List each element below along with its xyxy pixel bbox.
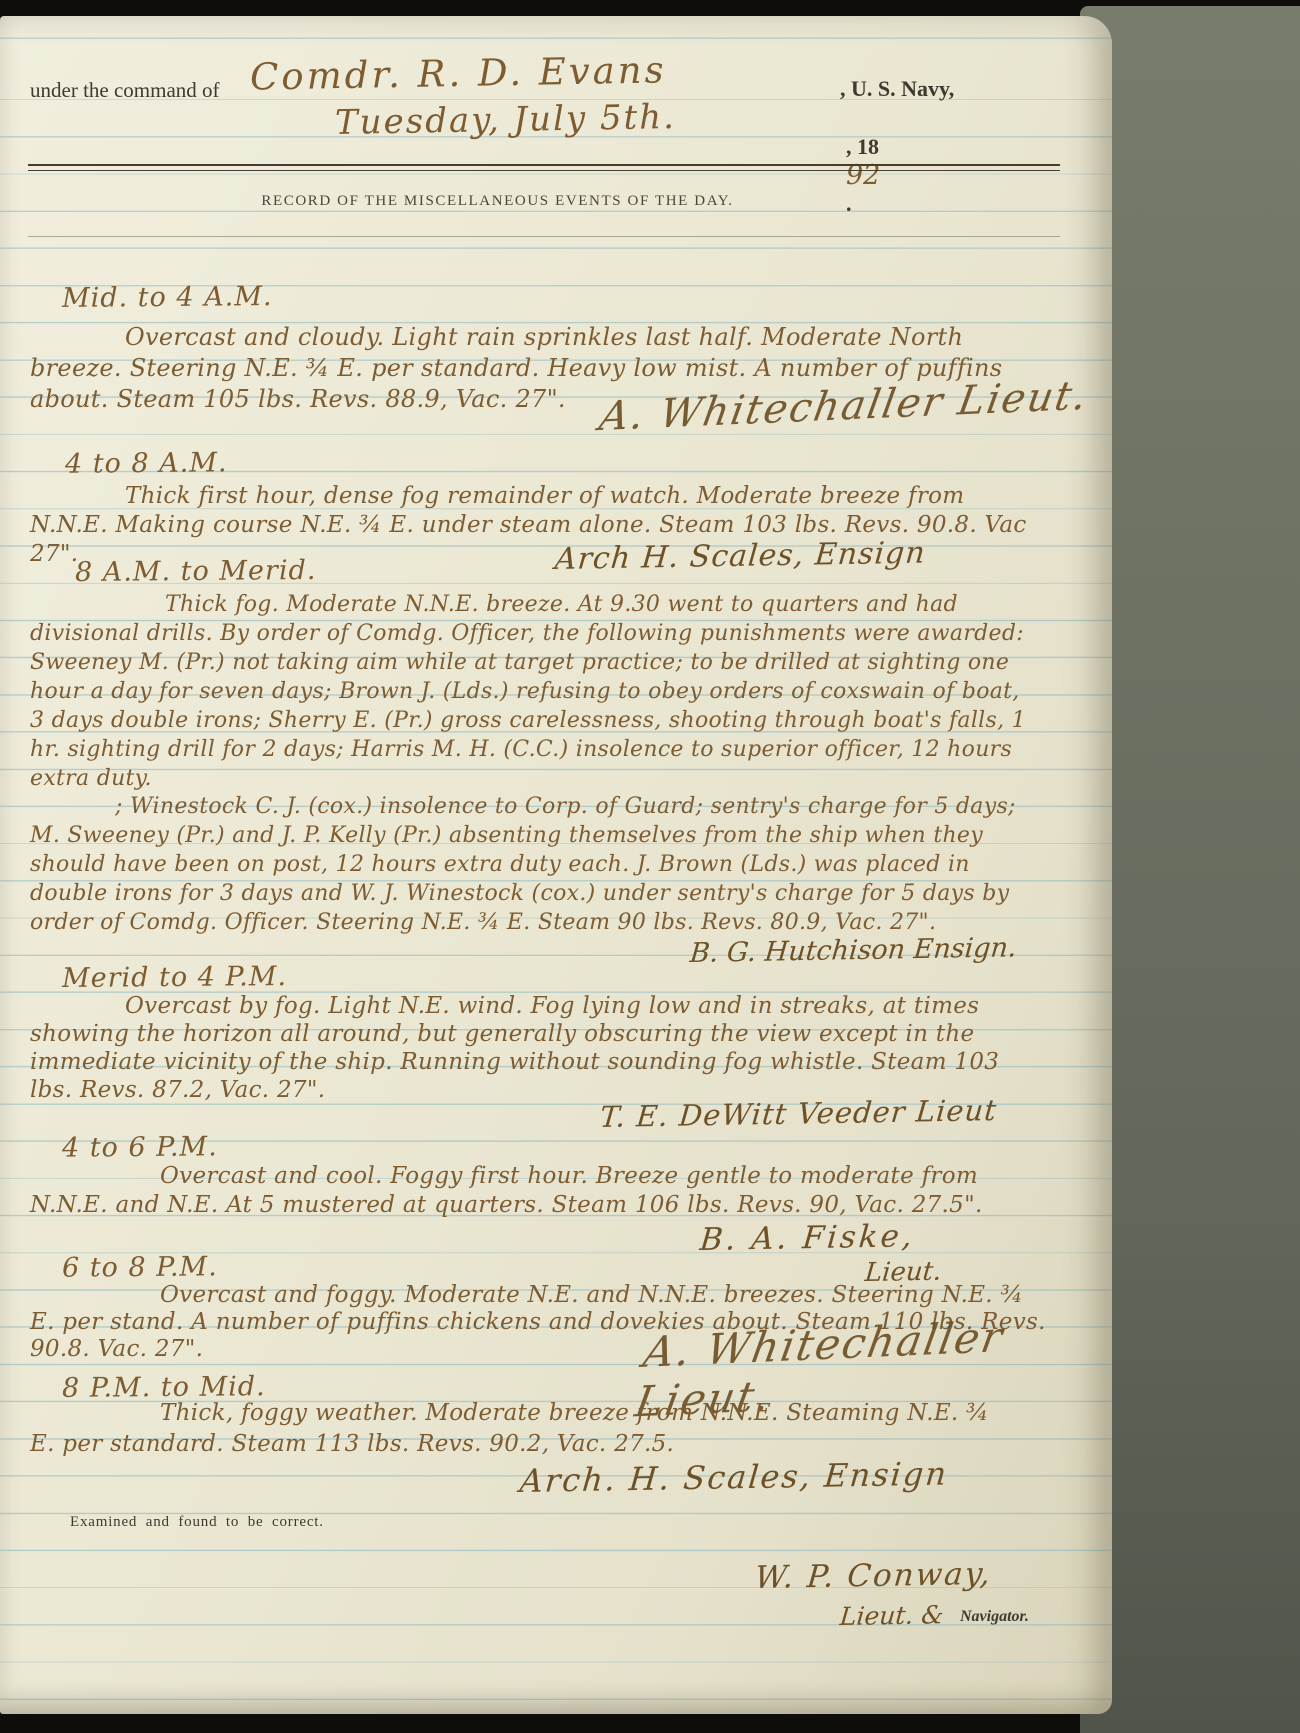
watch-text: Thick, foggy weather. Moderate breeze fr… [30,1398,1020,1460]
command-label: under the command of [30,78,220,103]
date-handwritten: Tuesday, July 5th. [335,97,677,143]
navy-label: , U. S. Navy, [840,76,954,102]
watch-text: Overcast and cool. Foggy first hour. Bre… [30,1162,1045,1220]
watch-label: 8 A.M. to Merid. [75,555,317,588]
logbook-photo: under the command of Comdr. R. D. Evans … [0,0,1300,1733]
year-line: , 18 92 . [822,116,880,235]
watch-text: Overcast by fog. Light N.E. wind. Fog ly… [30,992,1030,1104]
navigator-label: Navigator. [960,1608,1029,1626]
officer-signature: B. G. Hutchison Ensign. [689,932,1018,969]
section-title: RECORD OF THE MISCELLANEOUS EVENTS OF TH… [30,193,965,210]
year-prefix: , 18 [846,134,879,159]
watch-label: Merid to 4 P.M. [62,961,287,994]
book-backing [1080,6,1300,1733]
watch-label: Mid. to 4 A.M. [62,281,273,314]
logbook-page: under the command of Comdr. R. D. Evans … [0,16,1112,1714]
watch-text-continued: ; Winestock C. J. (cox.) insolence to Co… [30,792,1030,937]
officer-signature: B. A. Fiske, [698,1218,916,1258]
navigator-signature: W. P. Conway, [753,1556,993,1596]
officer-signature: T. E. DeWitt Veeder Lieut [599,1093,999,1134]
watch-text: Thick fog. Moderate N.N.E. breeze. At 9.… [30,590,1030,793]
watch-label: 4 to 8 A.M. [65,447,228,479]
watch-label: 4 to 6 P.M. [62,1131,218,1163]
examined-note: Examined and found to be correct. [70,1514,324,1531]
header-double-rule [28,164,1060,171]
watch-label: 6 to 8 P.M. [62,1251,218,1283]
officer-signature: Arch H. Scales, Ensign [553,536,927,578]
navigator-signature-rank: Lieut. & [839,1600,945,1631]
officer-signature: Arch. H. Scales, Ensign [518,1454,949,1500]
commander-name-handwritten: Comdr. R. D. Evans [250,48,667,98]
section-rule [28,236,1060,237]
